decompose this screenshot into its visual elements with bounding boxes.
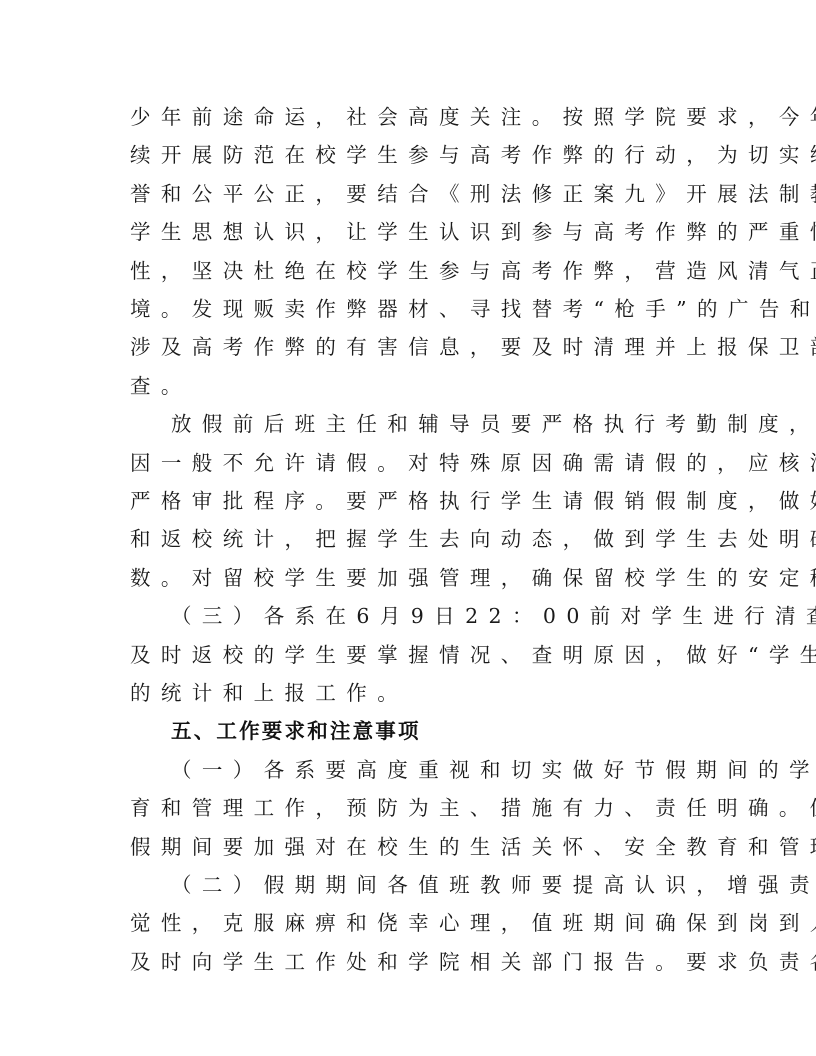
paragraph-line: 性，坚决杜绝在校学生参与高考作弊，营造风清气正的考试环 (130, 257, 700, 285)
paragraph-line: 放假前后班主任和辅导员要严格执行考勤制度，无特殊原 (171, 410, 741, 438)
document-page: 少年前途命运，社会高度关注。按照学院要求，今年我院将继 续开展防范在校学生参与高… (0, 0, 816, 1056)
paragraph-line: 及时返校的学生要掌握情况、查明原因，做好“学生返校情况” (130, 641, 700, 669)
paragraph-line: 假期间要加强对在校生的生活关怀、安全教育和管理。 (130, 833, 700, 861)
paragraph-line: 涉及高考作弊的有害信息，要及时清理并上报保卫部门予以追 (130, 333, 700, 361)
paragraph-line: 誉和公平公正，要结合《刑法修正案九》开展法制教育，提高 (130, 180, 700, 208)
paragraph-line: 及时向学生工作处和学院相关部门报告。要求负责各系学生工 (130, 948, 700, 976)
paragraph-line: 觉性，克服麻痹和侥幸心理，值班期间确保到岗到人，有事要 (130, 909, 700, 937)
paragraph-line: 境。发现贩卖作弊器材、寻找替考“枪手”的广告和校园网络 (130, 295, 700, 323)
paragraph-line: （二）假期期间各值班教师要提高认识，增强责任感和自 (171, 871, 741, 899)
paragraph-line: 因一般不允许请假。对特殊原因确需请假的，应核清原因，并 (130, 449, 700, 477)
paragraph-line: （一）各系要高度重视和切实做好节假期间的学生安全教 (171, 756, 741, 784)
paragraph-line: （三）各系在6月9日22：00前对学生进行清查，对未 (171, 602, 741, 630)
paragraph-line: 育和管理工作，预防为主、措施有力、责任明确。值班教师在 (130, 794, 700, 822)
paragraph-line: 续开展防范在校学生参与高考作弊的行动，为切实维护高考信 (130, 141, 700, 169)
paragraph-line: 少年前途命运，社会高度关注。按照学院要求，今年我院将继 (130, 103, 700, 131)
paragraph-line: 学生思想认识，让学生认识到参与高考作弊的严重性和危害 (130, 218, 700, 246)
paragraph-line: 严格审批程序。要严格执行学生请假销假制度，做好学生离校 (130, 487, 700, 515)
paragraph-line: 的统计和上报工作。 (130, 679, 700, 707)
paragraph-line: 查。 (130, 372, 700, 400)
paragraph-line: 和返校统计，把握学生去向动态，做到学生去处明确，心中有 (130, 525, 700, 553)
section-heading: 五、工作要求和注意事项 (171, 717, 741, 745)
paragraph-line: 数。对留校学生要加强管理，确保留校学生的安定稳定。 (130, 564, 700, 592)
